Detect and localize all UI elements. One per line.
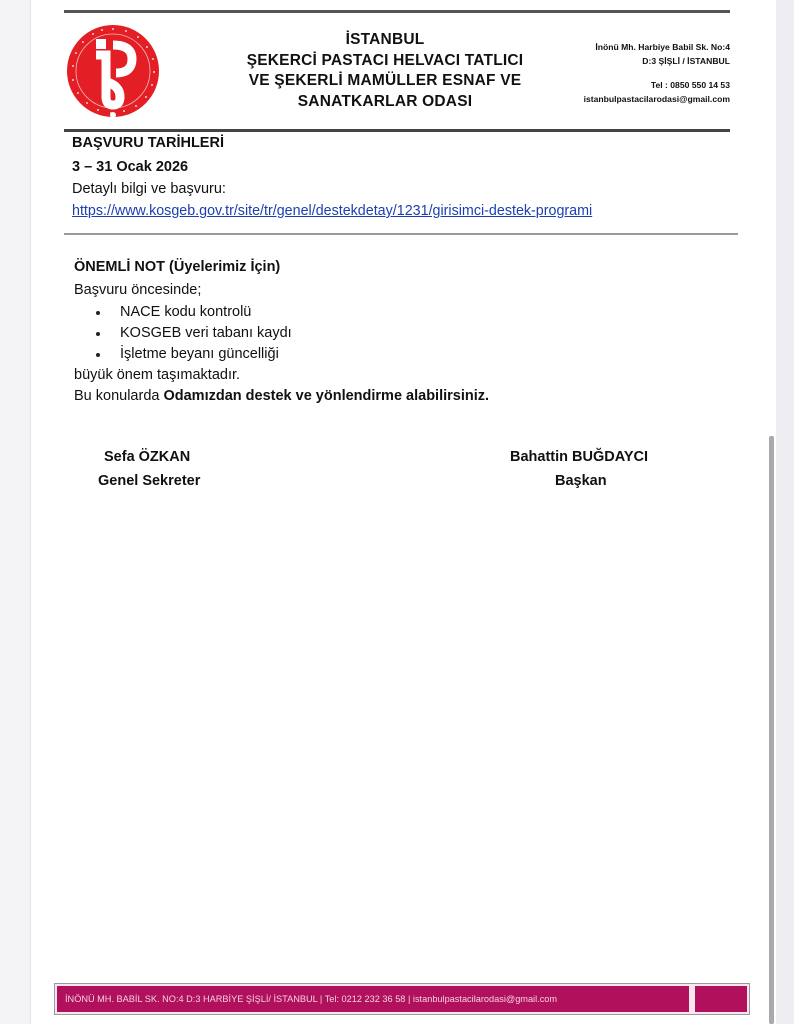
- closing-bold: Odamızdan destek ve yönlendirme alabilir…: [163, 388, 489, 404]
- signature-title-secretary: Genel Sekreter: [98, 473, 200, 489]
- address-line-1: İnönü Mh. Harbiye Babil Sk. No:4: [540, 40, 730, 54]
- signature-title-president: Başkan: [555, 473, 607, 489]
- chamber-title: İSTANBUL ŞEKERCİ PASTACI HELVACI TATLICI…: [222, 30, 548, 112]
- list-item: KOSGEB veri tabanı kaydı: [74, 323, 292, 344]
- header-contact: İnönü Mh. Harbiye Babil Sk. No:4 D:3 ŞİŞ…: [540, 40, 730, 106]
- viewer-edge: [776, 0, 794, 1024]
- signature-name-president: Bahattin BUĞDAYCI: [510, 449, 648, 465]
- address-line-2: D:3 ŞİŞLİ / İSTANBUL: [540, 54, 730, 68]
- email: istanbulpastacilarodasi@gmail.com: [540, 92, 730, 106]
- phone: Tel : 0850 550 14 53: [540, 78, 730, 92]
- note-intro: Başvuru öncesinde;: [74, 282, 201, 298]
- page-footer: İNÖNÜ MH. BABİL SK. NO:4 D:3 HARBİYE ŞİŞ…: [54, 983, 750, 1015]
- note-list: NACE kodu kontrolü KOSGEB veri tabanı ka…: [74, 302, 292, 365]
- footer-accent-box: [695, 986, 747, 1012]
- title-line: İSTANBUL: [222, 30, 548, 51]
- list-item: NACE kodu kontrolü: [74, 302, 292, 323]
- closing-prefix: Bu konularda: [74, 388, 163, 404]
- application-dates: 3 – 31 Ocak 2026: [72, 159, 188, 175]
- note-after-list: büyük önem taşımaktadır.: [74, 367, 240, 383]
- note-heading: ÖNEMLİ NOT (Üyelerimiz İçin): [74, 259, 280, 275]
- note-closing: Bu konularda Odamızdan destek ve yönlend…: [74, 388, 489, 404]
- application-heading: BAŞVURU TARİHLERİ: [72, 135, 224, 151]
- chamber-logo-icon: [66, 15, 160, 127]
- title-line: ŞEKERCİ PASTACI HELVACI TATLICI: [222, 51, 548, 72]
- vertical-scrollbar[interactable]: [769, 436, 774, 1024]
- title-line: SANATKARLAR ODASI: [222, 92, 548, 113]
- header-top-rule: [64, 10, 730, 13]
- signature-name-secretary: Sefa ÖZKAN: [104, 449, 190, 465]
- title-line: VE ŞEKERLİ MAMÜLLER ESNAF VE: [222, 71, 548, 92]
- section-divider: [64, 233, 738, 235]
- header-bottom-rule: [64, 129, 730, 132]
- kosgeb-link[interactable]: https://www.kosgeb.gov.tr/site/tr/genel/…: [72, 203, 592, 219]
- document-page: [30, 0, 777, 1024]
- info-label: Detaylı bilgi ve başvuru:: [72, 181, 226, 197]
- footer-contact-text: İNÖNÜ MH. BABİL SK. NO:4 D:3 HARBİYE ŞİŞ…: [57, 986, 689, 1012]
- list-item: İşletme beyanı güncelliği: [74, 344, 292, 365]
